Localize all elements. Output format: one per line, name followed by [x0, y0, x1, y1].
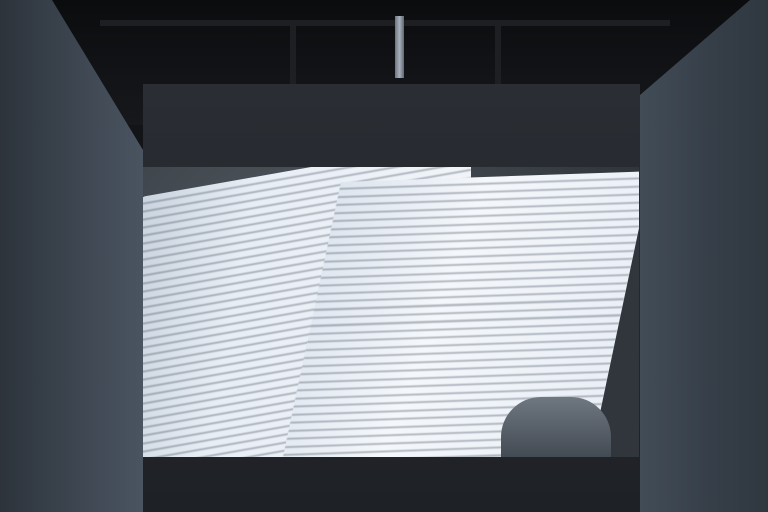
video-projection	[141, 167, 639, 457]
ceiling-beam	[100, 20, 670, 26]
fluorescent-light	[395, 16, 404, 78]
hand	[501, 397, 611, 457]
gallery-scene: Gallery installation: dark room with whi…	[0, 0, 768, 512]
